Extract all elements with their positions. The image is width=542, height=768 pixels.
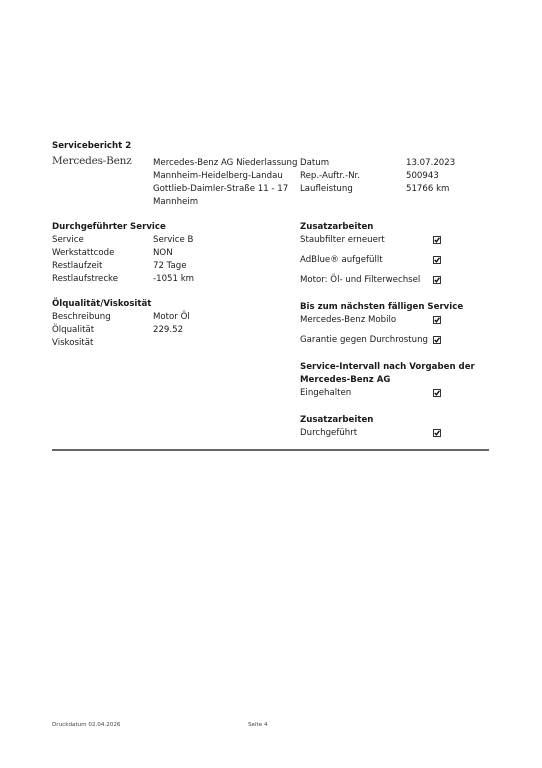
extras2-section-title: Zusatzarbeiten — [300, 414, 373, 426]
extras-item-adblue: AdBlue® aufgefüllt — [300, 254, 383, 266]
mobilo-checkbox[interactable] — [433, 316, 441, 324]
remaining-distance-label: Restlaufstrecke — [52, 273, 118, 285]
oil-change-checkbox[interactable] — [433, 276, 441, 284]
complied-checkbox[interactable] — [433, 389, 441, 397]
viscosity-label: Viskosität — [52, 337, 93, 349]
dealer-line-2: Mannheim-Heidelberg-Landau — [153, 170, 283, 182]
report-title: Servicebericht 2 — [52, 140, 131, 152]
dealer-line-4: Mannheim — [153, 196, 198, 208]
oil-description-label: Beschreibung — [52, 311, 111, 323]
next-service-mobilo: Mercedes-Benz Mobilo — [300, 314, 396, 326]
page-number: Seite 4 — [248, 722, 268, 728]
interval-title-line-2: Mercedes-Benz AG — [300, 374, 390, 386]
meta-value-mileage: 51766 km — [406, 183, 449, 195]
oil-description-value: Motor Öl — [153, 311, 190, 323]
oil-quality-label: Ölqualität — [52, 324, 94, 336]
workshop-code-label: Werkstattcode — [52, 247, 114, 259]
dealer-line-1: Mercedes-Benz AG Niederlassung — [153, 157, 297, 169]
extras-section-title: Zusatzarbeiten — [300, 221, 373, 233]
brand-logo: Mercedes-Benz — [52, 155, 132, 167]
rust-warranty-checkbox[interactable] — [433, 336, 441, 344]
extras-item-dust-filter: Staubfilter erneuert — [300, 234, 385, 246]
interval-complied: Eingehalten — [300, 387, 351, 399]
service-value: Service B — [153, 234, 193, 246]
next-service-rust-warranty: Garantie gegen Durchrostung — [300, 334, 428, 346]
performed-checkbox[interactable] — [433, 429, 441, 437]
meta-label-date: Datum — [300, 157, 329, 169]
adblue-checkbox[interactable] — [433, 256, 441, 264]
print-date: Druckdatum 02.04.2026 — [52, 722, 120, 728]
remaining-distance-value: -1051 km — [153, 273, 194, 285]
extras-item-oil-change: Motor: Öl- und Filterwechsel — [300, 274, 420, 286]
service-label: Service — [52, 234, 84, 246]
oil-quality-value: 229.52 — [153, 324, 183, 336]
oil-section-title: Ölqualität/Viskosität — [52, 298, 151, 310]
dust-filter-checkbox[interactable] — [433, 236, 441, 244]
workshop-code-value: NON — [153, 247, 173, 259]
section-divider — [52, 449, 489, 451]
meta-value-order: 500943 — [406, 170, 439, 182]
meta-value-date: 13.07.2023 — [406, 157, 455, 169]
meta-label-mileage: Laufleistung — [300, 183, 353, 195]
remaining-time-label: Restlaufzeit — [52, 260, 102, 272]
interval-title-line-1: Service-Intervall nach Vorgaben der — [300, 361, 475, 373]
meta-label-order: Rep.-Auftr.-Nr. — [300, 170, 360, 182]
next-service-title: Bis zum nächsten fälligen Service — [300, 301, 463, 313]
remaining-time-value: 72 Tage — [153, 260, 187, 272]
service-section-title: Durchgeführter Service — [52, 221, 166, 233]
dealer-line-3: Gottlieb-Daimler-Straße 11 - 17 — [153, 183, 288, 195]
extras2-performed: Durchgeführt — [300, 427, 357, 439]
